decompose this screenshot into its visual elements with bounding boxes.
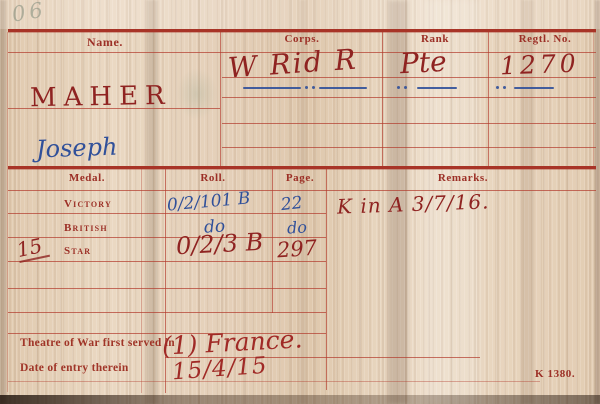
page-value-star: 297 (276, 238, 317, 262)
pencil-note: 06 (11, 0, 49, 26)
rule (8, 312, 326, 313)
star-prefix-value: 15 (15, 234, 51, 263)
rank-value: Pte (399, 48, 447, 78)
rule (7, 32, 8, 392)
rule (222, 147, 596, 148)
rule (382, 32, 383, 166)
rule (220, 32, 221, 166)
name-column-header: Name. (70, 35, 140, 50)
medal-row-british-label: British (64, 222, 108, 234)
ditto-mark-regtl (496, 86, 554, 89)
medal-row-victory-label: Victory (64, 198, 112, 210)
surname-value: MAHER (30, 83, 172, 111)
corps-column-header: Corps. (270, 33, 334, 45)
roll-column-header: Roll. (185, 172, 241, 184)
top-strip (0, 0, 600, 29)
roll-value-star: 0/2/3 B (175, 230, 263, 259)
medal-index-card: 06 Name. Corps. Rank Regtl. No. MAHER Jo… (0, 0, 600, 404)
ditto-mark-corps (243, 86, 367, 89)
rule (222, 123, 596, 124)
left-edge-shadow (0, 0, 6, 404)
rank-column-header: Rank (405, 33, 465, 45)
rule (8, 381, 540, 382)
rule (326, 169, 327, 390)
regtl-value: 1270 (500, 51, 580, 79)
bottom-edge-shadow (0, 395, 600, 404)
regtl-column-header: Regtl. No. (505, 33, 585, 45)
form-code: K 1380. (535, 368, 590, 380)
date-of-entry-value: 15/4/15 (171, 355, 268, 385)
ditto-mark-rank (397, 86, 457, 89)
rule (8, 288, 326, 289)
page-value-victory: 22 (280, 195, 303, 214)
remarks-column-header: Remarks. (425, 172, 501, 184)
rule (593, 32, 594, 166)
theatre-of-war-value: (1) France. (161, 326, 303, 358)
page-column-header: Page. (274, 172, 326, 184)
section-rule (8, 166, 596, 169)
remarks-value: K in A 3/7/16. (337, 191, 490, 216)
paper-stain (176, 68, 218, 120)
rule (8, 190, 596, 191)
date-of-entry-label: Date of entry therein (20, 362, 129, 374)
page-value-british: do (286, 219, 307, 236)
theatre-of-war-label: Theatre of War first served in (20, 337, 175, 349)
medal-column-header: Medal. (55, 172, 119, 184)
right-edge-shadow (595, 0, 600, 404)
medal-row-star-label: Star (64, 245, 91, 257)
rule (222, 97, 596, 98)
rule (488, 32, 489, 166)
rule (141, 169, 142, 393)
forename-value: Joseph (36, 135, 118, 162)
top-rule (8, 29, 596, 32)
roll-value-victory: 0/2/101 B (166, 190, 251, 214)
rule (272, 169, 273, 313)
